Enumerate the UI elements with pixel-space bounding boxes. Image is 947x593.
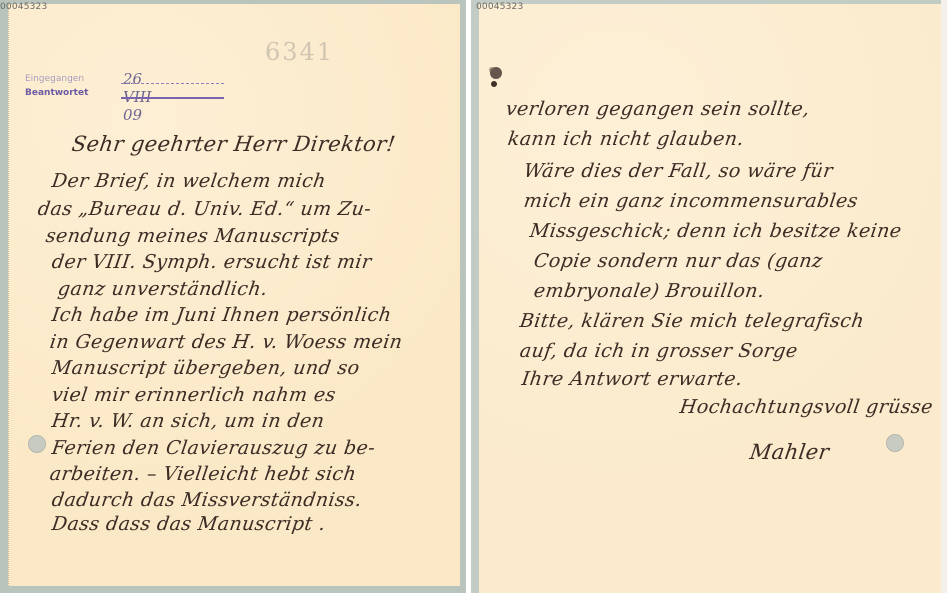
letter-line: in Gegenwart des H. v. Woess mein <box>48 331 404 353</box>
archive-number: 6341 <box>265 38 334 66</box>
letter-line: sendung meines Manuscripts <box>44 225 341 247</box>
scan-right-edge <box>941 0 947 593</box>
letter-line: Missgeschick; denn ich besitze keine <box>528 220 903 242</box>
scan-id-left: 00045323 <box>0 2 47 12</box>
letter-line: das „Bureau d. Univ. Ed.“ um Zu- <box>36 198 372 220</box>
salutation: Sehr geehrter Herr Direktor! <box>70 132 397 156</box>
stamp-line-received <box>121 83 224 85</box>
letter-line: Ferien den Clavierauszug zu be- <box>50 437 376 459</box>
closing-line: Hochachtungsvoll grüsse <box>678 396 934 418</box>
stamp-answered-label: Beantwortet <box>25 88 95 98</box>
scan-id-right: 00045323 <box>476 2 523 12</box>
letter-line: kann ich nicht glauben. <box>506 128 745 150</box>
letter-line: viel mir erinnerlich nahm es <box>50 384 337 406</box>
letter-line: auf, da ich in grosser Sorge <box>518 340 799 362</box>
letter-line: arbeiten. – Vielleicht hebt sich <box>48 463 357 485</box>
letter-line: Manuscript übergeben, und so <box>50 357 361 379</box>
punch-hole-right <box>886 434 904 452</box>
letter-line: Hr. v. W. an sich, um in den <box>50 410 325 432</box>
signature: Mahler <box>748 440 831 464</box>
letter-line: verloren gegangen sein sollte, <box>504 98 811 120</box>
stamp-received-label: Eingegangen <box>25 74 95 84</box>
letter-line: dadurch das Missverständniss. <box>50 489 363 511</box>
letter-line: ganz unverständlich. <box>56 278 269 300</box>
letter-line: embryonale) Brouillon. <box>532 280 766 302</box>
letter-line: mich ein ganz incommensurables <box>522 190 859 212</box>
received-stamp: Eingegangen Beantwortet 26 VIII 09 <box>25 70 95 98</box>
letter-line: Bitte, klären Sie mich telegrafisch <box>518 310 865 332</box>
letter-line: Ich habe im Juni Ihnen persönlich <box>50 304 393 326</box>
letter-line: Ihre Antwort erwarte. <box>520 368 744 390</box>
letter-line: der VIII. Symph. ersucht ist mir <box>50 251 373 273</box>
letter-line: Der Brief, in welchem mich <box>50 170 327 192</box>
letter-line: Wäre dies der Fall, so wäre für <box>522 160 834 182</box>
letter-line: Dass dass das Manuscript . <box>50 513 327 535</box>
letter-line: Copie sondern nur das (ganz <box>532 250 824 272</box>
ink-blot-icon <box>486 66 506 88</box>
punch-hole-left <box>28 435 46 453</box>
stamp-line-answered <box>121 97 224 99</box>
